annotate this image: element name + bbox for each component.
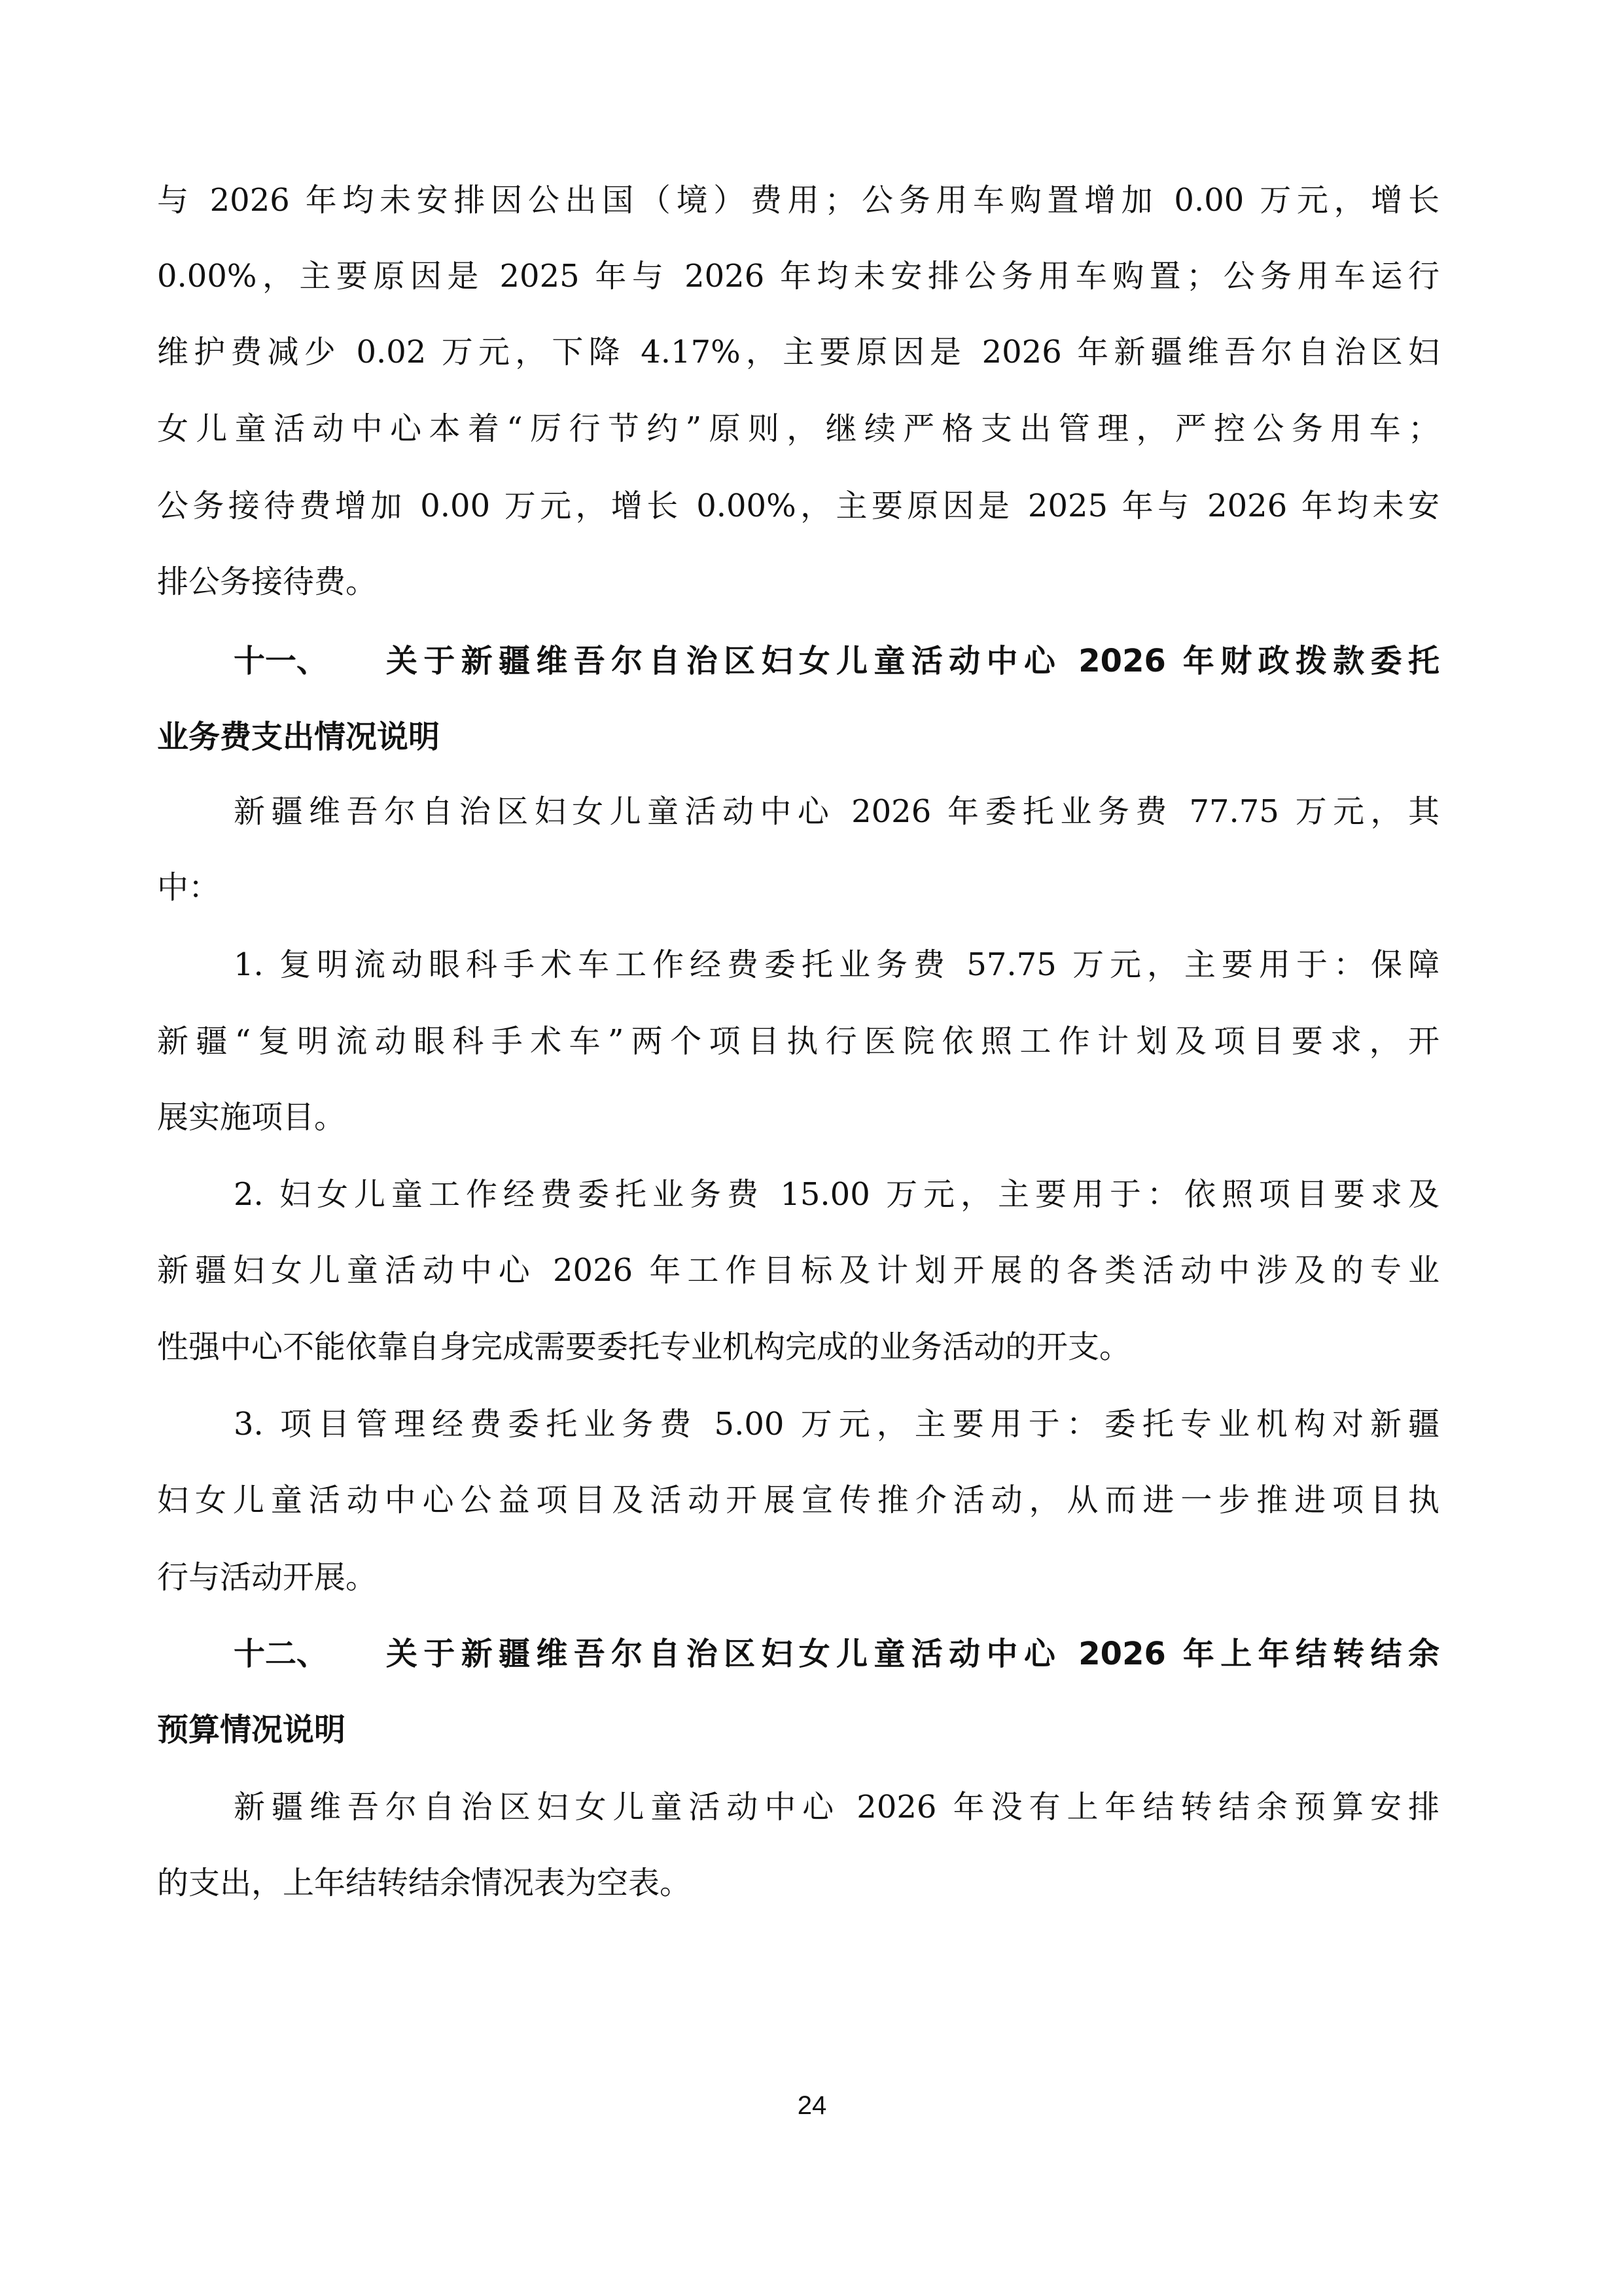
text-line: 新疆维吾尔自治区妇女儿童活动中心 2026 年没有上年结转结余预算安排 bbox=[234, 1787, 1439, 1827]
text-line: 1. 复明流动眼科手术车工作经费委托业务费 57.75 万元，主要用于：保障 bbox=[234, 945, 1439, 984]
text-line: 中： bbox=[157, 868, 1439, 907]
text-line: 0.00%，主要原因是 2025 年与 2026 年均未安排公务用车购置；公务用… bbox=[157, 257, 1439, 296]
document-page: 与 2026 年均未安排因公出国（境）费用；公务用车购置增加 0.00 万元，增… bbox=[0, 0, 1624, 2296]
text-line: 新疆维吾尔自治区妇女儿童活动中心 2026 年委托业务费 77.75 万元，其 bbox=[234, 792, 1439, 831]
text-line: 新疆“复明流动眼科手术车”两个项目执行医院依照工作计划及项目要求，开 bbox=[157, 1022, 1439, 1061]
section-number: 十一、 bbox=[234, 641, 328, 681]
text-line: 3. 项目管理经费委托业务费 5.00 万元，主要用于：委托专业机构对新疆 bbox=[234, 1405, 1439, 1444]
text-line: 2. 妇女儿童工作经费委托业务费 15.00 万元，主要用于：依照项目要求及 bbox=[234, 1175, 1439, 1214]
page-number: 24 bbox=[747, 2091, 877, 2121]
section-title-line: 关于新疆维吾尔自治区妇女儿童活动中心 2026 年上年结转结余 bbox=[386, 1634, 1439, 1674]
text-line: 性强中心不能依靠自身完成需要委托专业机构完成的业务活动的开支。 bbox=[157, 1327, 1439, 1367]
section-number: 十二、 bbox=[234, 1634, 328, 1674]
text-line: 公务接待费增加 0.00 万元，增长 0.00%，主要原因是 2025 年与 2… bbox=[157, 486, 1439, 526]
text-line: 女儿童活动中心本着“厉行节约”原则，继续严格支出管理，严控公务用车； bbox=[157, 409, 1439, 448]
text-line: 展实施项目。 bbox=[157, 1098, 1439, 1137]
text-line: 新疆妇女儿童活动中心 2026 年工作目标及计划开展的各类活动中涉及的专业 bbox=[157, 1251, 1439, 1290]
section-title-line: 预算情况说明 bbox=[157, 1710, 1439, 1749]
text-line: 妇女儿童活动中心公益项目及活动开展宣传推介活动，从而进一步推进项目执 bbox=[157, 1480, 1439, 1520]
text-line: 与 2026 年均未安排因公出国（境）费用；公务用车购置增加 0.00 万元，增… bbox=[157, 181, 1439, 220]
section-title-line: 关于新疆维吾尔自治区妇女儿童活动中心 2026 年财政拨款委托 bbox=[386, 641, 1439, 681]
text-line: 的支出，上年结转结余情况表为空表。 bbox=[157, 1863, 1439, 1903]
text-line: 排公务接待费。 bbox=[157, 562, 1439, 601]
text-line: 行与活动开展。 bbox=[157, 1558, 1439, 1597]
text-line: 维护费减少 0.02 万元，下降 4.17%，主要原因是 2026 年新疆维吾尔… bbox=[157, 332, 1439, 372]
section-title-line: 业务费支出情况说明 bbox=[157, 717, 1439, 757]
